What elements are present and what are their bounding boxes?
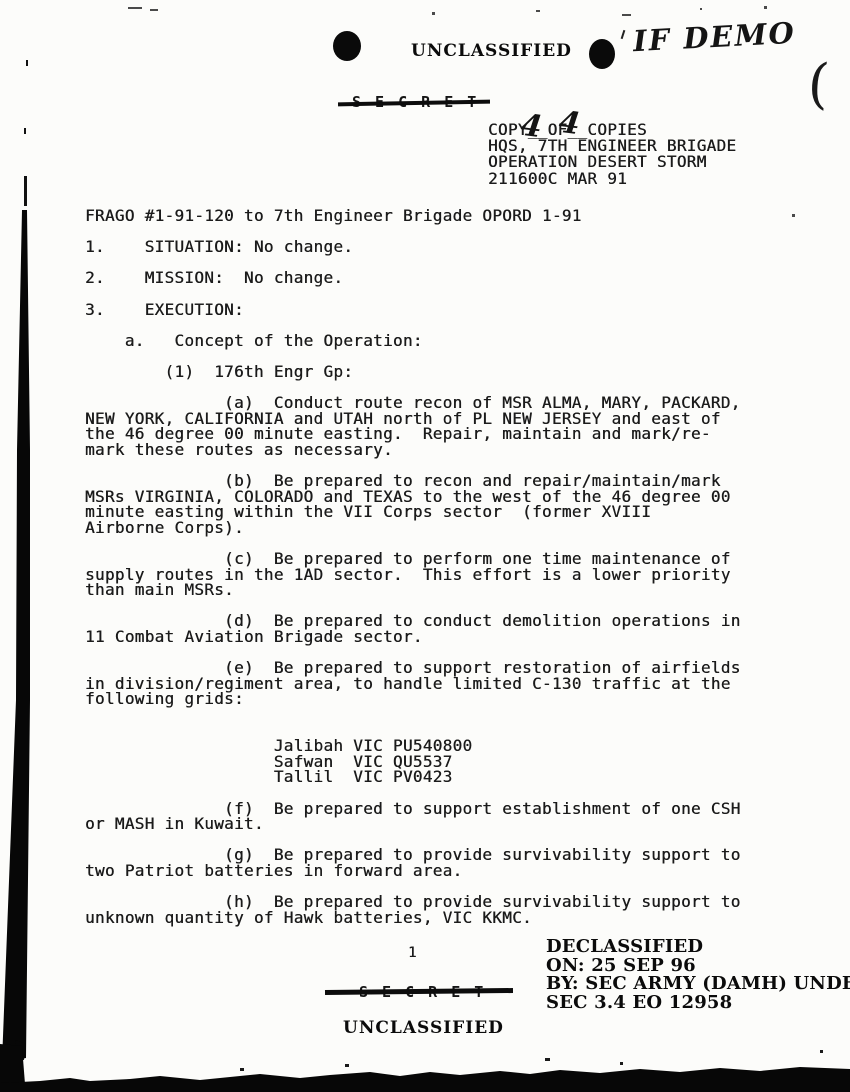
scanned-document-page: UNCLASSIFIED IF DEMO ( S E C R E T COPY_…: [0, 0, 850, 1092]
scan-speck: [764, 6, 767, 9]
pen-tick-mark: [621, 30, 626, 39]
document-body: FRAGO #1-91-120 to 7th Engineer Brigade …: [85, 208, 741, 925]
left-scan-bar: [2, 210, 30, 1062]
scan-mark: [24, 176, 27, 206]
top-unclassified-stamp: UNCLASSIFIED: [411, 41, 572, 61]
bottom-unclassified-stamp: UNCLASSIFIED: [343, 1018, 504, 1038]
scan-speck: [128, 7, 142, 9]
scan-speck: [545, 1058, 550, 1061]
stamp-dot-right: [589, 39, 615, 69]
bottom-left-block: [0, 1044, 25, 1086]
scan-speck: [792, 214, 795, 217]
page-number: 1: [408, 946, 417, 962]
scan-speck: [820, 1050, 823, 1053]
scan-mark: [24, 128, 26, 134]
scan-mark: [26, 60, 28, 66]
declassified-stamp: DECLASSIFIED ON: 25 SEP 96 BY: SEC ARMY …: [546, 938, 850, 1013]
scan-speck: [700, 8, 702, 10]
scan-speck: [620, 1062, 623, 1065]
scan-speck: [345, 1064, 349, 1067]
scan-speck: [536, 10, 540, 12]
bottom-scan-band: [0, 1067, 850, 1092]
stamp-dot-left: [333, 31, 361, 61]
scan-speck: [150, 9, 158, 11]
left-scan-hook: [12, 1040, 26, 1060]
scan-speck: [240, 1068, 244, 1071]
scan-speck: [432, 12, 435, 15]
handwritten-paren-mark: (: [806, 51, 831, 115]
handwritten-note: IF DEMO: [632, 16, 796, 58]
handwritten-copies-total: 4: [557, 105, 582, 142]
handwritten-copy-number: 4: [519, 108, 544, 145]
scan-speck: [622, 14, 631, 16]
